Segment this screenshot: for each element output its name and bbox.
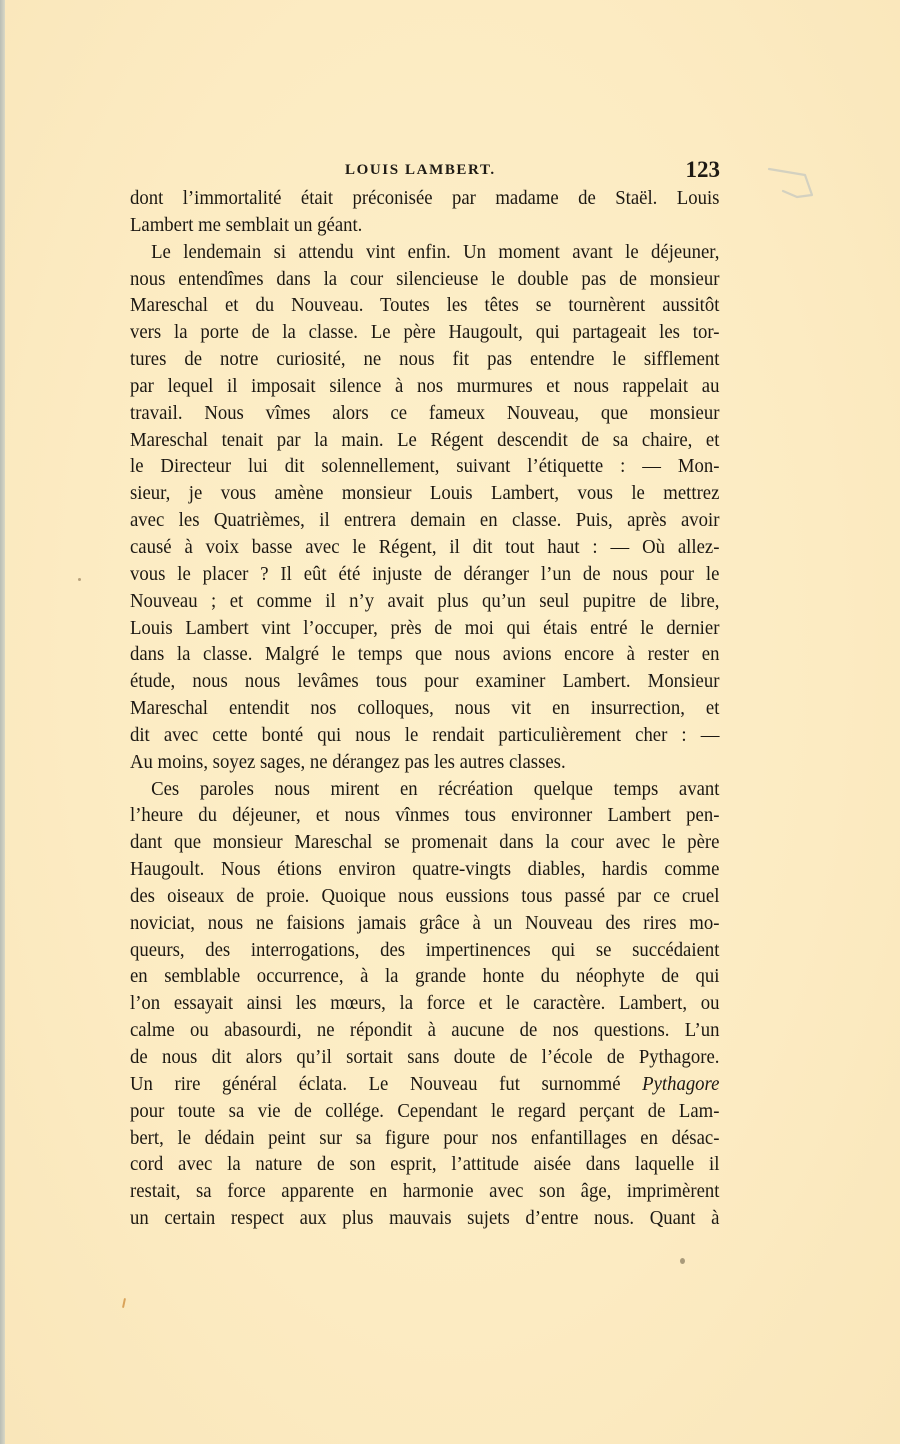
text-line: Mareschal et du Nouveau. Toutes les tête… (130, 293, 719, 320)
text-line: causé à voix basse avec le Régent, il di… (130, 535, 719, 562)
text-line: pour toute sa vie de collége. Cependant … (130, 1099, 719, 1126)
text-line: Lambert me semblait un géant. (130, 213, 719, 240)
text-line: dit avec cette bonté qui nous le rendait… (130, 723, 719, 750)
text-line: dans la classe. Malgré le temps que nous… (130, 642, 719, 669)
text-line: Louis Lambert vint l’occuper, près de mo… (130, 616, 719, 643)
text-line: Mareschal entendit nos colloques, nous v… (130, 696, 719, 723)
text-line: des oiseaux de proie. Quoique nous eussi… (130, 884, 719, 911)
text-line: calme ou abasourdi, ne répondit à aucune… (130, 1018, 719, 1045)
pencil-mark (767, 165, 822, 205)
text-line: travail. Nous vîmes alors ce fameux Nouv… (130, 401, 719, 428)
text-line: Nouveau ; et comme il n’y avait plus qu’… (130, 589, 719, 616)
text-line: restait, sa force apparente en harmonie … (130, 1179, 719, 1206)
text-line: dont l’immortalité était préconisée par … (130, 186, 719, 213)
text-line: avec les Quatrièmes, il entrera demain e… (130, 508, 719, 535)
text-line: noviciat, nous ne faisions jamais grâce … (130, 911, 719, 938)
text-line: bert, le dédain peint sur sa figure pour… (130, 1126, 719, 1153)
text-line: tures de notre curiosité, ne nous fit pa… (130, 347, 719, 374)
italic-word: Pythagore (642, 1074, 719, 1095)
paragraph-start-line: Le lendemain si attendu vint enfin. Un m… (130, 240, 719, 267)
text-line: nous entendîmes dans la cour silencieuse… (130, 267, 719, 294)
text-line: Haugoult. Nous étions environ quatre-vin… (130, 857, 719, 884)
text-line: de nous dit alors qu’il sortait sans dou… (130, 1045, 719, 1072)
text-line: vers la porte de la classe. Le père Haug… (130, 320, 719, 347)
text-line: queurs, des interrogations, des impertin… (130, 938, 719, 965)
text-line: Au moins, soyez sages, ne dérangez pas l… (130, 750, 719, 777)
paper-speck (680, 1258, 685, 1264)
text-line: étude, nous nous levâmes tous pour exami… (130, 669, 719, 696)
text-line: vous le placer ? Il eût été injuste de d… (130, 562, 719, 589)
running-head: LOUIS LAMBERT. 123 (130, 160, 720, 184)
text-line: par lequel il imposait silence à nos mur… (130, 374, 719, 401)
paper-speck (78, 578, 81, 581)
text-line: dant que monsieur Mareschal se promenait… (130, 830, 719, 857)
text-line-with-italic: Un rire général éclata. Le Nouveau fut s… (130, 1072, 719, 1099)
running-title: LOUIS LAMBERT. (345, 162, 496, 179)
page-number: 123 (686, 157, 721, 183)
text-line: un certain respect aux plus mauvais suje… (130, 1206, 719, 1233)
paragraph-start-line: Ces paroles nous mirent en récréation qu… (130, 777, 719, 804)
text-line: le Directeur lui dit solennellement, sui… (130, 454, 719, 481)
body-text: dont l’immortalité était préconisée par … (130, 186, 720, 1233)
text-line: en semblable occurrence, à la grande hon… (130, 964, 719, 991)
paper-speck (122, 1298, 126, 1308)
text-fragment: Un rire général éclata. Le Nouveau fut s… (130, 1074, 621, 1095)
text-line: l’on essayait ainsi les mœurs, la force … (130, 991, 719, 1018)
text-line: sieur, je vous amène monsieur Louis Lamb… (130, 481, 719, 508)
text-line: l’heure du déjeuner, et nous vînmes tous… (130, 803, 719, 830)
text-line: cord avec la nature de son esprit, l’att… (130, 1152, 719, 1179)
text-line: Mareschal tenait par la main. Le Régent … (130, 428, 719, 455)
